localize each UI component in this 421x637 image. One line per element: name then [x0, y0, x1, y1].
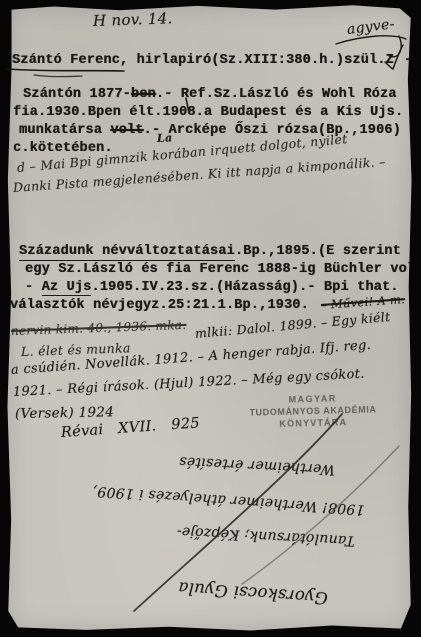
card-heading: Szántó Ferenc, hirlapiró(Sz.XIII:380.h.)… [12, 52, 394, 70]
inverted-signature: Gyorskocsi Gyula [133, 575, 329, 608]
para2-line1: Századunk névváltoztatásai.Bp.,1895.(E s… [19, 243, 401, 261]
handnote2-row1: nervin kim. 40., 1936. mka. [11, 318, 187, 338]
para1-line1: Szántón 1877-ben.- Ref.Sz.László és Wohl… [23, 86, 397, 104]
card-heading-dash: - [404, 52, 412, 70]
para2-line3-a: - [25, 280, 42, 295]
para2-line2: egy Sz.László és fia Ferenc 1888-ig Büch… [25, 261, 421, 279]
inverted-note-1: Wertheimer értesítés [125, 451, 336, 478]
handwritten-date-note: H nov. 14. [93, 9, 173, 30]
para2-line3: - Az Ujs.1905.IV.23.sz.(Házasság).- Bpi … [25, 279, 399, 297]
para1-line1-c: .- Ref.Sz.László és Wohl Róza [156, 87, 397, 102]
para1-line3-c: .- Arcképe Őszi rózsa(Bp.,1906) [144, 123, 401, 138]
para2-line3-c: .1905.IV.23.sz.(Házasság).- Bpi that. [91, 280, 398, 295]
para1-line3-a: munkatársa [19, 123, 110, 138]
para1-line1-a: Szántón 1877- [23, 87, 131, 102]
para2-line3-underlined: Az Ujs [42, 280, 92, 296]
para1-line3-struck-word: volt [110, 123, 143, 138]
inverted-note-2: 1908! Wertheimer áthelyezés i 1909, [30, 478, 365, 517]
para1-line1-struck-word: ben [131, 87, 156, 102]
para2-line1-underlined: Századunk névváltoztatásai [19, 244, 235, 261]
handwritten-corner-note: agyve- [346, 16, 396, 38]
inverted-note-3: Tanulótársunk; Képzője- [100, 519, 355, 548]
para2-line1-b: .Bp.,1895.(E szerint [235, 244, 401, 259]
library-stamp: MAGYAR TUDOMÁNYOS AKADÉMIA KÖNYVTÁRA [243, 391, 384, 431]
handnote2-row6: (Versek) 1924 [15, 404, 114, 422]
para1-line2: fia.1930.Bpen élt.1908.a Budapest és a K… [13, 104, 403, 122]
handwritten-correction: La [157, 131, 173, 145]
para2-line4: választók névjegyz.25:21.1.Bp.,1930. [10, 297, 309, 315]
scanned-catalog-card: H nov. 14. agyve- Szántó Ferenc, hirlapi… [0, 0, 421, 637]
index-card-paper: H nov. 14. agyve- Szántó Ferenc, hirlapi… [5, 4, 414, 633]
